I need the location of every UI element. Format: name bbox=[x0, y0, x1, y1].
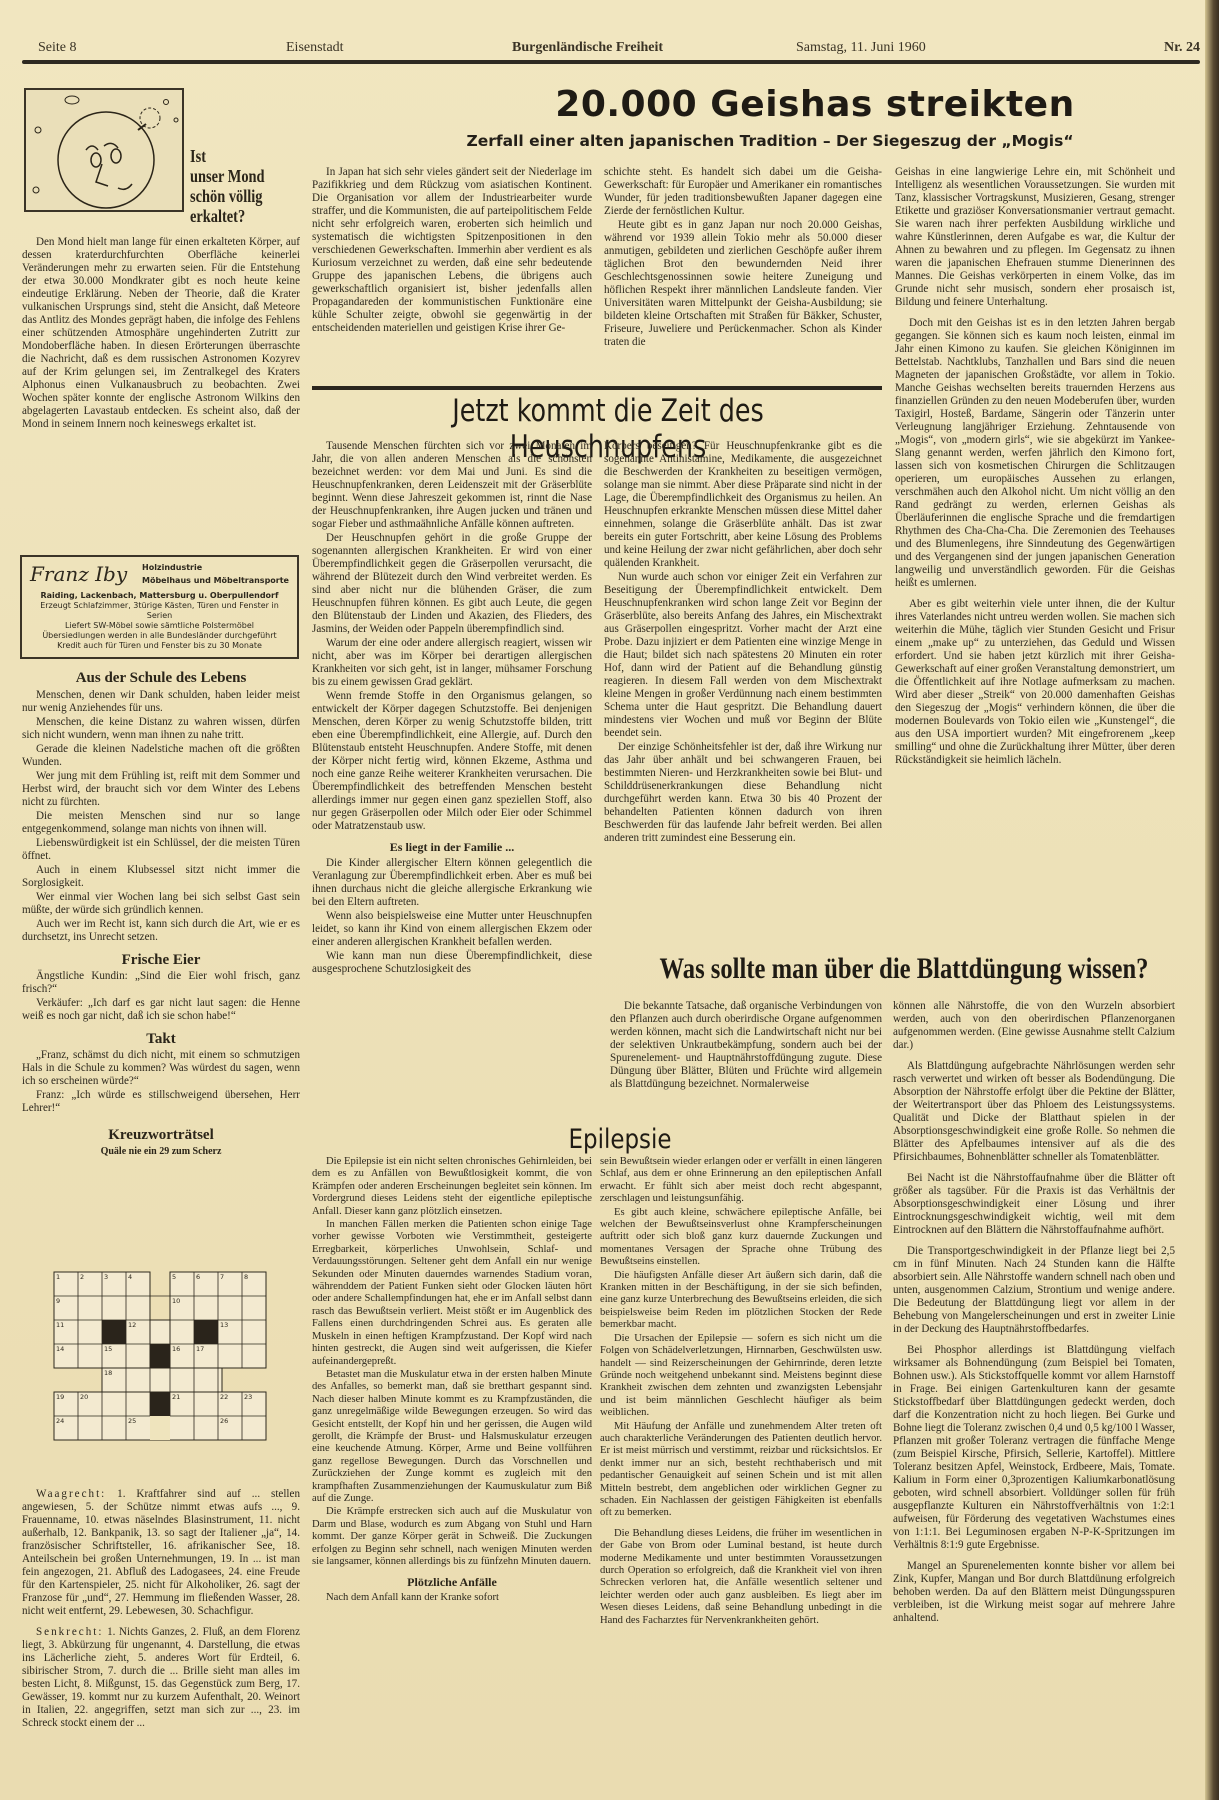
geisha-col-3: Geishas in eine langwierige Lehre ein, m… bbox=[895, 166, 1175, 768]
svg-text:23: 23 bbox=[244, 1393, 252, 1401]
newspaper-name: Burgenländische Freiheit bbox=[512, 40, 663, 56]
svg-text:25: 25 bbox=[128, 1417, 136, 1425]
epilepsie-col-2: sein Bewußtsein wieder erlangen oder er … bbox=[600, 1156, 882, 1628]
geisha-col-1: In Japan hat sich sehr vieles gändert se… bbox=[312, 166, 592, 336]
ploetzliche-anfaelle-subhead: Plötzliche Anfälle bbox=[312, 1576, 592, 1588]
svg-text:20: 20 bbox=[80, 1393, 88, 1401]
section-title: Takt bbox=[22, 1033, 300, 1046]
svg-text:6: 6 bbox=[196, 1273, 200, 1281]
crossword-title: Kreuzworträtsel bbox=[22, 1129, 300, 1142]
page-number: Seite 8 bbox=[38, 40, 77, 56]
newspaper-page: Seite 8 Eisenstadt Burgenländische Freih… bbox=[0, 0, 1219, 1800]
svg-text:21: 21 bbox=[172, 1393, 180, 1401]
svg-text:11: 11 bbox=[56, 1321, 64, 1329]
svg-text:1: 1 bbox=[56, 1273, 60, 1281]
svg-text:7: 7 bbox=[220, 1273, 224, 1281]
masthead: Seite 8 Eisenstadt Burgenländische Freih… bbox=[22, 38, 1202, 62]
blatt-col-2: können alle Nährstoffe, die von den Wurz… bbox=[893, 1000, 1175, 1626]
svg-text:12: 12 bbox=[128, 1321, 136, 1329]
moon-illustration bbox=[24, 88, 184, 212]
svg-text:24: 24 bbox=[56, 1417, 64, 1425]
svg-text:18: 18 bbox=[104, 1369, 112, 1377]
svg-text:9: 9 bbox=[56, 1297, 60, 1305]
svg-text:26: 26 bbox=[220, 1417, 228, 1425]
svg-text:16: 16 bbox=[172, 1345, 180, 1353]
ad-signature: Franz Iby bbox=[30, 562, 127, 586]
schule-des-lebens-section: Aus der Schule des Lebens Menschen, dene… bbox=[22, 672, 300, 1158]
issue-date: Samstag, 11. Juni 1960 bbox=[796, 40, 926, 56]
crossword-clues: Waagrecht: 1. Kraftfahrer sind auf ... s… bbox=[22, 1488, 300, 1731]
geisha-col-2: schichte steht. Es handelt sich dabei um… bbox=[604, 166, 882, 350]
svg-text:4: 4 bbox=[128, 1273, 132, 1281]
svg-text:13: 13 bbox=[220, 1321, 228, 1329]
blattduengung-headline: Was sollte man über die Blattdüngung wis… bbox=[658, 952, 1150, 986]
svg-text:3: 3 bbox=[104, 1273, 108, 1281]
section-title: Aus der Schule des Lebens bbox=[22, 672, 300, 685]
moon-face-icon bbox=[26, 90, 182, 210]
page-edge bbox=[1205, 0, 1219, 1800]
masthead-rule bbox=[22, 60, 1200, 64]
svg-text:17: 17 bbox=[196, 1345, 204, 1353]
svg-text:19: 19 bbox=[56, 1393, 64, 1401]
section-title: Frische Eier bbox=[22, 954, 300, 967]
familie-subhead: Es liegt in der Familie ... bbox=[312, 841, 592, 854]
city: Eisenstadt bbox=[286, 40, 344, 56]
moon-headline: Ist unser Mond schön völlig erkaltet? bbox=[190, 146, 265, 226]
heuschnupfen-col-1: Tausende Menschen fürchten sich vor zwei… bbox=[312, 440, 592, 977]
svg-text:8: 8 bbox=[244, 1273, 248, 1281]
svg-text:5: 5 bbox=[172, 1273, 176, 1281]
blatt-col-1: Die bekannte Tatsache, daß organische Ve… bbox=[610, 1000, 882, 1092]
svg-text:22: 22 bbox=[220, 1393, 228, 1401]
svg-text:15: 15 bbox=[104, 1345, 112, 1353]
heuschnupfen-col-2: Körpers beseitigen? Für Heuschnupfenkran… bbox=[604, 440, 882, 846]
moon-article-body: Den Mond hielt man lange für einen erkal… bbox=[22, 236, 300, 432]
geisha-subheadline: Zerfall einer alten japanischen Traditio… bbox=[330, 132, 1210, 150]
advertisement-franz-iby: Franz Iby Holzindustrie Möbelhaus und Mö… bbox=[20, 555, 299, 659]
crossword-grid[interactable]: 1234 5678 910 111213 14151617 18 1920212… bbox=[50, 1268, 270, 1444]
epilepsie-col-1: Die Epilepsie ist ein nicht selten chron… bbox=[312, 1156, 592, 1605]
svg-text:10: 10 bbox=[172, 1297, 180, 1305]
svg-text:14: 14 bbox=[56, 1345, 64, 1353]
geisha-headline: 20.000 Geishas streikten bbox=[420, 84, 1210, 125]
epilepsie-headline: Epilepsie bbox=[535, 1124, 705, 1155]
section-divider bbox=[312, 386, 882, 390]
issue-number: Nr. 24 bbox=[1164, 40, 1200, 56]
svg-text:2: 2 bbox=[80, 1273, 84, 1281]
crossword-subtitle: Quäle nie ein 29 zum Scherz bbox=[22, 1145, 300, 1158]
